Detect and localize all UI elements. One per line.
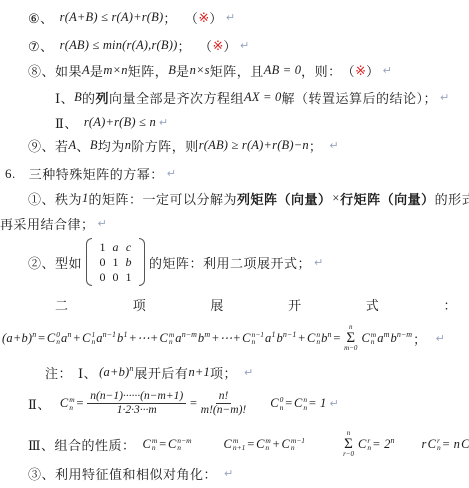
rank-rule-7: ⑦、r(AB) ≤ min(r(A),r(B))；（※）↵ [28, 36, 249, 55]
matrix-cell: 1 [122, 271, 135, 283]
superscript: 1 [271, 330, 275, 339]
coefficient-scripts: mn [371, 331, 376, 346]
text-run: 向量全部是齐次方程组 [109, 88, 244, 107]
pilcrow-mark: ↵ [440, 91, 449, 104]
matrix-grid: 1ac01b001 [92, 238, 139, 286]
pilcrow-mark: ↵ [314, 256, 323, 269]
superscript: n−m [397, 330, 412, 339]
coefficient-sub: n [265, 444, 269, 452]
superscript: m [204, 330, 210, 339]
text-run: 的矩阵：利用二项展开式； [149, 253, 311, 272]
binomial-coefficient: Cmn [159, 331, 174, 346]
math-run: r(AB) ≤ min(r(A),r(B)) [60, 38, 178, 53]
coefficient-letter: C [242, 331, 250, 346]
section-6-heading: 6.三种特殊矩阵的方幂：↵ [5, 164, 176, 183]
coefficient-scripts: rn [437, 437, 441, 452]
coefficient-sub: n [152, 444, 156, 452]
coefficient-sub: n [177, 444, 181, 452]
math-run: = [189, 396, 198, 411]
summation-lower: m−0 [344, 345, 357, 352]
text-run: 均为 [98, 136, 125, 155]
coefficient-letter: C [361, 331, 369, 346]
math-run: (a+b) [2, 331, 32, 346]
math-run: A [69, 138, 77, 153]
pilcrow-mark: ↵ [329, 139, 338, 152]
note-1: 注：Ⅰ、(a+b)n展开后有n+1项；↵ [45, 363, 253, 382]
math-run: = n [442, 437, 460, 452]
title-character: 展 [210, 295, 224, 314]
text-run: ⑨、若 [28, 136, 69, 155]
math-run: = [246, 437, 255, 452]
math-run: = 1 [308, 396, 326, 411]
binomial-coefficient: C0n [270, 396, 283, 411]
text-run: （ [199, 36, 213, 55]
math-run: × [332, 191, 341, 206]
matrix-cell: 0 [109, 271, 122, 283]
text-run: ⑦、 [28, 36, 54, 55]
power-case-1: ①、秩为1的矩阵：一定可以分解为列矩阵（向量）×行矩阵（向量）的形式， [28, 189, 469, 208]
fraction: n!m!(n−m)! [201, 390, 246, 417]
coefficient-sub: n [56, 338, 60, 346]
coefficient-scripts: 1n [91, 331, 95, 346]
pilcrow-mark: ↵ [244, 366, 253, 379]
math-run: A [82, 63, 90, 78]
coefficient-scripts: mn [69, 396, 74, 411]
math-run: +⋯+ [129, 330, 159, 346]
binomial-coefficient: Cmn [60, 396, 75, 411]
rank-rule-8: ⑧、如果A是m×n矩阵，B是n×s矩阵，且AB = 0，则：（※）↵ [28, 61, 392, 80]
title-character: 式 [366, 295, 380, 314]
coefficient-scripts: rn [367, 437, 371, 452]
coefficient-scripts: m−1n [291, 437, 305, 452]
math-run: = [333, 331, 342, 346]
text-run: Ⅱ、 [55, 113, 78, 132]
text-run: 注： [45, 363, 72, 382]
text-run: Ⅰ、 [78, 363, 97, 382]
pilcrow-mark: ↵ [240, 39, 249, 52]
superscript: n [391, 436, 395, 445]
rank-rule-8-sub-2: Ⅱ、r(A)+r(B) ≤ n↵ [55, 113, 168, 132]
text-run: ，则： [301, 61, 342, 80]
coefficient-scripts: n−1n [251, 331, 264, 346]
binomial-title: 二项展开式： [55, 295, 457, 314]
superscript: 1 [124, 330, 128, 339]
sigma-symbol: Σ [346, 331, 355, 345]
sigma-symbol: Σ [344, 437, 353, 451]
coefficient-sub: n [316, 338, 320, 346]
coefficient-letter: C [143, 437, 151, 452]
coefficient-letter: C [358, 437, 366, 452]
matrix-cell: 1 [109, 256, 122, 268]
math-run: AB = 0 [264, 63, 301, 78]
text-run: ） [223, 36, 237, 55]
math-run: + [72, 331, 81, 346]
text-run: 解（转置运算后的结论）； [281, 88, 437, 107]
matrix-cell: 1 [96, 241, 109, 253]
math-run: + [297, 331, 306, 346]
coefficient-letter: C [47, 331, 55, 346]
coefficient-sub: n [303, 404, 307, 412]
math-run: m×n [103, 63, 127, 78]
text-run: Ⅲ、组合的性质： [28, 435, 136, 454]
power-case-2: ②、型如1ac01b001的矩阵：利用二项展开式；↵ [28, 238, 323, 286]
text-run: Ⅰ、 [55, 88, 74, 107]
text-run: 项； [210, 363, 237, 382]
binomial-coefficient: Cm−1n [281, 437, 305, 452]
coefficient-letter: C [60, 396, 68, 411]
text-run: ②、型如 [28, 253, 82, 272]
pilcrow-mark: ↵ [167, 167, 176, 180]
text-run: 的矩阵：一定可以分解为 [88, 189, 237, 208]
coefficient-scripts: 0n [280, 396, 284, 411]
superscript: m [384, 330, 390, 339]
math-run: B [90, 138, 98, 153]
text-run: Ⅱ、 [28, 394, 51, 413]
pilcrow-mark: ↵ [330, 397, 339, 410]
binomial-coefficient: C0n [47, 331, 60, 346]
binomial-coefficient: Crn [428, 437, 441, 452]
matrix-cell: 0 [96, 271, 109, 283]
text-run: ①、秩为 [28, 189, 82, 208]
binomial-formula: (a+b)n = C0nan + C1nan−1b1 +⋯+ Cmnan−mbm… [2, 324, 445, 352]
summation-lower: r−0 [343, 451, 354, 458]
fraction-denominator: m!(n−m)! [201, 404, 246, 417]
binomial-coefficient: Cmn [143, 437, 158, 452]
coefficient-scripts: mn+1 [233, 437, 246, 452]
pilcrow-mark: ↵ [159, 116, 168, 129]
coefficient-letter: C [256, 437, 264, 452]
math-run: r(A+B) ≤ r(A)+r(B) [60, 10, 164, 25]
rank-rule-6: ⑥、r(A+B) ≤ r(A)+r(B)；（※）↵ [28, 8, 235, 27]
math-run: = [284, 396, 293, 411]
text-run: ⑧、如果 [28, 61, 82, 80]
superscript: n−1 [103, 330, 116, 339]
matrix-cell: b [122, 256, 135, 268]
text-run: 展开后有 [134, 363, 188, 382]
binomial-coefficient: Cmn+1 [224, 437, 246, 452]
star-mark: ※ [213, 38, 224, 54]
superscript: n [67, 330, 71, 339]
coefficient-scripts: nn [316, 331, 320, 346]
text-run: 阶方阵，则 [131, 136, 199, 155]
upper-triangular-matrix: 1ac01b001 [86, 238, 145, 286]
math-run: = 2 [372, 437, 390, 452]
coefficient-letter: C [294, 396, 302, 411]
math-run: AX = 0 [244, 90, 281, 105]
binomial-coefficient: Crn [358, 437, 371, 452]
power-case-1-cont: 再采用结合律；↵ [0, 214, 107, 233]
document-page: ⑥、r(A+B) ≤ r(A)+r(B)；（※）↵⑦、r(AB) ≤ min(r… [0, 0, 469, 488]
text-run: ） [209, 8, 223, 27]
binomial-coefficient: Cr−1n−1 [461, 437, 469, 452]
coefficient-sub: n [280, 404, 284, 412]
coefficient-letter: C [82, 331, 90, 346]
text-run: 三种特殊矩阵的方幂： [29, 164, 164, 183]
text-run: （ [342, 61, 356, 80]
matrix-right-paren [139, 238, 145, 286]
binomial-coefficient: C1n [82, 331, 95, 346]
coefficient-sub: n [169, 338, 173, 346]
matrix-cell: 0 [96, 256, 109, 268]
math-run: +⋯+ [211, 330, 241, 346]
coefficient-letter: C [281, 437, 289, 452]
math-run: n+1 [188, 365, 210, 380]
coefficient-letter: C [168, 437, 176, 452]
text-run: 6. [5, 166, 16, 182]
coefficient-scripts: mn [265, 437, 270, 452]
math-run: (a+b) [99, 365, 129, 380]
text-run: ； [177, 36, 191, 55]
title-character: 开 [288, 295, 302, 314]
math-run: = [76, 396, 85, 411]
power-case-3: ③、利用特征值和相似对角化：↵ [28, 464, 233, 483]
text-run: ③、利用特征值和相似对角化： [28, 464, 217, 483]
text-run: ⑥、 [28, 8, 54, 27]
fraction: n(n−1)······(n−m+1)1·2·3···m [87, 390, 186, 417]
binomial-coefficient: Cmn [256, 437, 271, 452]
superscript: n [328, 330, 332, 339]
text-run: 是 [90, 61, 104, 80]
coefficient-letter: C [307, 331, 315, 346]
math-run: B [74, 90, 82, 105]
fraction-numerator: n(n−1)······(n−m+1) [87, 390, 186, 404]
pilcrow-mark: ↵ [226, 11, 235, 24]
pilcrow-mark: ↵ [98, 217, 107, 230]
superscript: n [32, 330, 36, 339]
binomial-coefficient: Cnn [307, 331, 320, 346]
text-run: 的 [82, 88, 96, 107]
math-run: + [272, 437, 281, 452]
superscript: n−m [182, 330, 197, 339]
note-2-combination-formula: Ⅱ、Cmn = n(n−1)······(n−m+1)1·2·3···m = n… [28, 390, 339, 417]
math-run: r(AB) ≥ r(A)+r(B)−n [199, 138, 309, 153]
text-run: 再采用结合律； [0, 214, 95, 233]
summation: nΣr−0 [343, 430, 354, 458]
text-run: （ [185, 8, 199, 27]
title-character: ： [443, 295, 457, 314]
superscript: n−1 [283, 330, 296, 339]
rank-rule-9: ⑨、若A、B均为n阶方阵，则r(AB) ≥ r(A)+r(B)−n；↵ [28, 136, 339, 155]
pilcrow-mark: ↵ [383, 64, 392, 77]
text-run: ； [413, 329, 427, 348]
text-run: 矩阵，且 [210, 61, 264, 80]
math-run: = [37, 331, 46, 346]
coefficient-sub: n [371, 338, 375, 346]
binomial-coefficient: Cn−1n [242, 331, 264, 346]
math-run: r [422, 437, 427, 452]
text-run: ） [366, 61, 380, 80]
coefficient-sub: n [69, 404, 73, 412]
text-run: ； [163, 8, 177, 27]
coefficient-scripts: mn [152, 437, 157, 452]
text-run: ； [309, 136, 323, 155]
rank-rule-8-sub-1: Ⅰ、B的列向量全部是齐次方程组AX = 0解（转置运算后的结论）；↵ [55, 88, 449, 107]
math-run: n×s [190, 63, 210, 78]
coefficient-letter: C [428, 437, 436, 452]
fraction-numerator: n! [216, 390, 232, 404]
coefficient-sub: n [91, 338, 95, 346]
math-run: B [168, 63, 176, 78]
binomial-coefficient: Cnn [294, 396, 307, 411]
fraction-denominator: 1·2·3···m [117, 404, 157, 417]
matrix-cell: c [122, 241, 135, 253]
coefficient-scripts: nn [303, 396, 307, 411]
binomial-coefficient: Cmn [361, 331, 376, 346]
coefficient-scripts: mn [169, 331, 174, 346]
binomial-coefficient: Cn−mn [168, 437, 192, 452]
text-run: 、 [76, 136, 90, 155]
bold-text-run: 行矩阵（向量） [340, 189, 435, 208]
coefficient-sub: n [367, 444, 371, 452]
summation: nΣm−0 [344, 324, 357, 352]
text-run: 矩阵， [128, 61, 169, 80]
star-mark: ※ [198, 10, 209, 26]
coefficient-letter: C [224, 437, 232, 452]
coefficient-sub: n [251, 338, 255, 346]
note-3-combination-properties: Ⅲ、组合的性质：Cmn = Cn−mnCmn+1 = Cmn + Cm−1nnΣ… [28, 430, 469, 458]
coefficient-letter: C [159, 331, 167, 346]
coefficient-sub: n+1 [233, 444, 246, 452]
text-run: 的形式， [435, 189, 469, 208]
coefficient-letter: C [461, 437, 469, 452]
math-run: = [158, 437, 167, 452]
coefficient-scripts: 0n [56, 331, 60, 346]
matrix-cell: a [109, 241, 122, 253]
pilcrow-mark: ↵ [436, 332, 445, 345]
coefficient-sub: n [291, 444, 295, 452]
bold-text-run: 列矩阵（向量） [237, 189, 332, 208]
coefficient-scripts: n−mn [177, 437, 191, 452]
coefficient-sub: n [437, 444, 441, 452]
bold-text-run: 列 [96, 88, 110, 107]
superscript: n [129, 364, 133, 373]
coefficient-letter: C [270, 396, 278, 411]
pilcrow-mark: ↵ [224, 467, 233, 480]
text-run: 是 [176, 61, 190, 80]
math-run: r(A)+r(B) ≤ n [84, 115, 156, 130]
title-character: 二 [55, 295, 69, 314]
title-character: 项 [133, 295, 147, 314]
star-mark: ※ [355, 63, 366, 79]
